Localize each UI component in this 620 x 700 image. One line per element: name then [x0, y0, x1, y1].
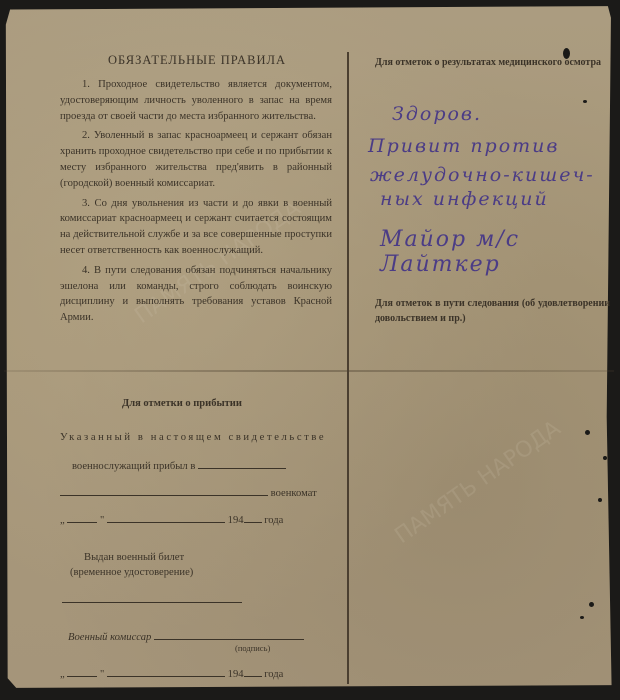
commissar-day-field[interactable] — [67, 667, 97, 677]
rules-list: 1. Проходное свидетельство является доку… — [60, 77, 332, 330]
medical-exam-title: Для отметок о результатах медицинского о… — [375, 55, 605, 70]
arrival-year-field[interactable] — [244, 513, 262, 523]
arrival-line-1: Указанный в настоящем свидетельстве — [60, 432, 326, 443]
commissar-date-line: „ " 194 года — [60, 667, 283, 680]
military-ticket-field-row — [62, 593, 242, 606]
commissariat-label: военкомат — [271, 488, 317, 499]
route-notes-title: Для отметок в пути следования (об удовле… — [375, 296, 610, 326]
paper-hole — [580, 616, 584, 619]
ticket-line-1: Выдан военный билет — [84, 550, 193, 565]
commissar-year-field[interactable] — [244, 667, 262, 677]
year-suffix: года — [264, 515, 283, 526]
handwritten-signature: Майор м/с Лайткер — [380, 227, 620, 277]
rules-title: ОБЯЗАТЕЛЬНЫЕ ПРАВИЛА — [108, 53, 286, 68]
date-close-quote: " — [100, 515, 104, 526]
date-open-quote: „ — [60, 669, 65, 680]
column-divider — [347, 52, 349, 684]
paper-hole — [563, 48, 570, 59]
commissar-month-field[interactable] — [107, 667, 225, 677]
military-ticket-label: Выдан военный билет (временное удостовер… — [84, 550, 193, 580]
handwritten-vaccinated: Привит против — [368, 135, 559, 157]
paper-hole — [589, 602, 594, 607]
paper-hole — [583, 100, 587, 103]
date-open-quote: „ — [60, 515, 65, 526]
handwritten-gastro: желудочно-кишеч- — [370, 164, 595, 186]
arrival-line-2-text: военнослужащий прибыл в — [72, 461, 195, 472]
year-prefix: 194 — [228, 515, 244, 526]
arrival-section-title: Для отметки о прибытии — [122, 398, 242, 409]
rule-item: 3. Со дня увольнения из части и до явки … — [60, 196, 332, 259]
year-suffix: года — [264, 669, 283, 680]
rule-item: 2. Уволенный в запас красноармеец и серж… — [60, 128, 332, 191]
ticket-line-2: (временное удостоверение) — [70, 565, 193, 580]
arrival-commissariat-field[interactable] — [60, 486, 268, 496]
paper-hole — [585, 430, 590, 435]
handwritten-healthy: Здоров. — [392, 103, 482, 125]
military-ticket-field[interactable] — [62, 593, 242, 603]
year-prefix: 194 — [228, 669, 244, 680]
paper-hole — [603, 456, 607, 460]
rule-item: 1. Проходное свидетельство является доку… — [60, 77, 332, 124]
arrival-place-field[interactable] — [198, 459, 286, 469]
arrival-line-2: военнослужащий прибыл в — [72, 459, 286, 472]
date-close-quote: " — [100, 669, 104, 680]
arrival-line-3: военкомат — [60, 486, 317, 499]
commissar-label: Военный комиссар — [68, 632, 151, 643]
rule-item: 4. В пути следования обязан подчиняться … — [60, 263, 332, 326]
arrival-month-field[interactable] — [107, 513, 225, 523]
paper-hole — [598, 498, 602, 502]
commissar-signature-field[interactable] — [154, 630, 304, 640]
arrival-date-line: „ " 194 года — [60, 513, 283, 526]
arrival-day-field[interactable] — [67, 513, 97, 523]
fold-crease — [4, 370, 614, 372]
signature-caption: (подпись) — [235, 643, 270, 653]
commissar-row: Военный комиссар — [68, 630, 304, 643]
handwritten-infections: ных инфекций — [380, 188, 549, 210]
